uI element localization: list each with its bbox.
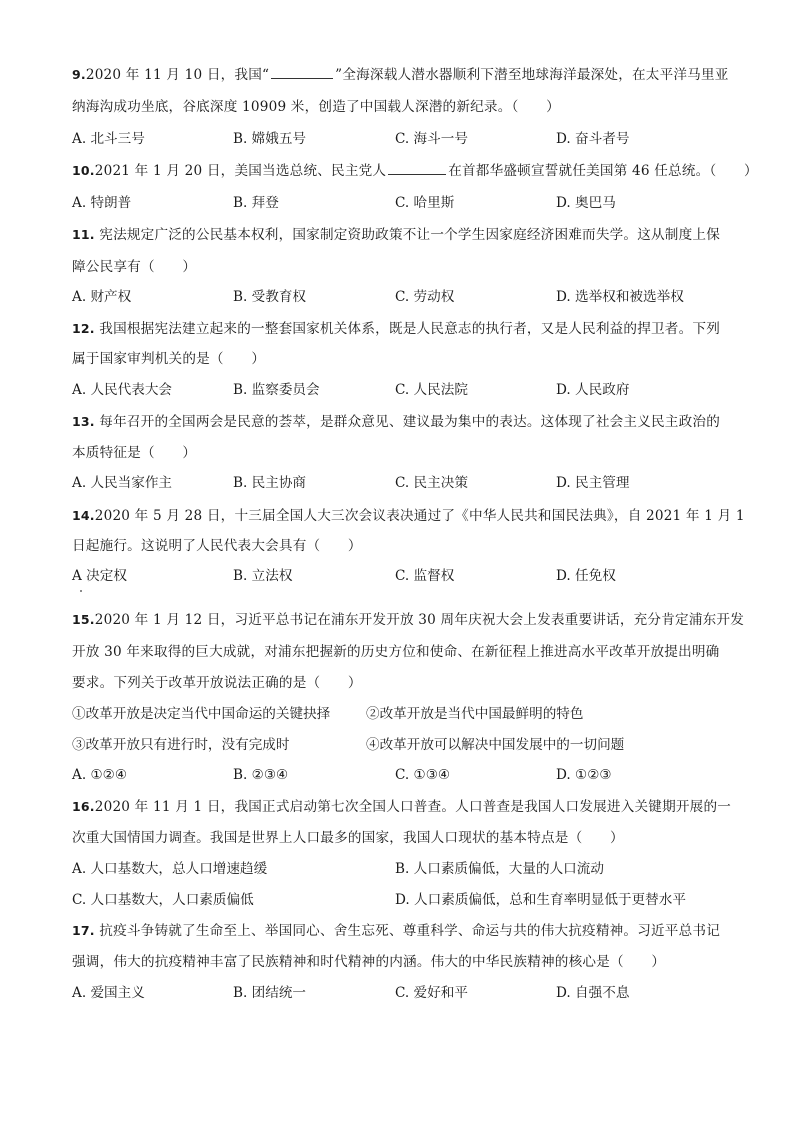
option-d: D. 任免权 — [556, 567, 616, 585]
question-text: 2020 年 1 月 12 日，习近平总书记在浦东开发开放 30 周年庆祝大会上… — [95, 612, 744, 628]
question-text: 2021 年 1 月 20 日，美国当选总统、民主党人 — [95, 163, 386, 179]
option-b: B. 受教育权 — [233, 288, 306, 306]
option-c: C. 海斗一号 — [395, 130, 468, 148]
option-c: C. 哈里斯 — [395, 194, 454, 212]
question-number: 16. — [72, 799, 95, 814]
question-number: 13. — [72, 414, 95, 429]
question-text: 2020 年 11 月 10 日，我国“ — [86, 67, 269, 83]
question-text: ”全海深载人潜水器顺利下潜至地球海洋最深处，在太平洋马里亚 — [335, 67, 728, 83]
statement-4: ④改革开放可以解决中国发展中的一切问题 — [366, 736, 624, 754]
question-15-line-1: 15.2020 年 1 月 12 日，习近平总书记在浦东开发开放 30 周年庆祝… — [72, 611, 744, 629]
option-a: A. 人口基数大，总人口增速趋缓 — [72, 860, 267, 878]
question-17-line-1: 17. 抗疫斗争铸就了生命至上、举国同心、舍生忘死、尊重科学、命运与共的伟大抗疫… — [72, 922, 720, 940]
option-a: A. 爱国主义 — [72, 984, 145, 1002]
option-a: A. 特朗普 — [72, 194, 131, 212]
option-b: B. 立法权 — [233, 567, 292, 585]
option-c: C. 人民法院 — [395, 381, 468, 399]
question-number: 17. — [72, 923, 95, 938]
option-b: B. ②③④ — [233, 766, 288, 784]
question-text: 抗疫斗争铸就了生命至上、举国同心、舍生忘死、尊重科学、命运与共的伟大抗疫精神。习… — [95, 923, 720, 939]
question-12-line-2: 属于国家审判机关的是（ ） — [72, 350, 265, 368]
option-b: B. 团结统一 — [233, 984, 306, 1002]
question-text: 我国根据宪法建立起来的一整套国家机关体系，既是人民意志的执行者，又是人民利益的捍… — [95, 321, 720, 337]
question-10-line-1: 10.2021 年 1 月 20 日，美国当选总统、民主党人在首都华盛顿宣誓就任… — [72, 162, 758, 180]
question-number: 11. — [72, 227, 95, 242]
statement-2: ②改革开放是当代中国最鲜明的特色 — [366, 705, 584, 723]
question-number: 9. — [72, 67, 86, 82]
option-b: B. 民主协商 — [233, 474, 306, 492]
question-16-line-2: 次重大国情国力调查。我国是世界上人口最多的国家，我国人口现状的基本特点是（ ） — [72, 829, 624, 847]
question-number: 10. — [72, 163, 95, 178]
option-d: D. 奋斗者号 — [556, 130, 629, 148]
option-d: D. 人口素质偏低，总和生育率明显低于更替水平 — [395, 891, 686, 909]
stray-mark — [80, 590, 82, 592]
question-14-line-2: 日起施行。这说明了人民代表大会具有（ ） — [72, 537, 362, 555]
option-b: B. 监察委员会 — [233, 381, 320, 399]
option-d: D. 民主管理 — [556, 474, 629, 492]
option-b: B. 嫦娥五号 — [233, 130, 306, 148]
question-number: 15. — [72, 612, 95, 627]
answer-blank — [271, 66, 333, 79]
option-b: B. 人口素质偏低，大量的人口流动 — [395, 860, 604, 878]
option-d: D. ①②③ — [556, 766, 612, 784]
option-c: C. 民主决策 — [395, 474, 468, 492]
option-c: C. 人口基数大，人口素质偏低 — [72, 891, 254, 909]
question-9-line-1: 9.2020 年 11 月 10 日，我国“”全海深载人潜水器顺利下潜至地球海洋… — [72, 66, 729, 84]
question-number: 14. — [72, 508, 95, 523]
question-text: 每年召开的全国两会是民意的荟萃，是群众意见、建议最为集中的表达。这体现了社会主义… — [95, 414, 720, 430]
option-a: A 决定权 — [72, 567, 127, 585]
option-c: C. 监督权 — [395, 567, 454, 585]
question-12-line-1: 12. 我国根据宪法建立起来的一整套国家机关体系，既是人民意志的执行者，又是人民… — [72, 320, 720, 338]
option-d: D. 选举权和被选举权 — [556, 288, 684, 306]
question-number: 12. — [72, 321, 95, 336]
option-d: D. 自强不息 — [556, 984, 629, 1002]
option-b: B. 拜登 — [233, 194, 279, 212]
option-c: C. 爱好和平 — [395, 984, 468, 1002]
question-9-line-2: 纳海沟成功坐底，谷底深度 10909 米，创造了中国载人深潜的新纪录。（ ） — [72, 98, 560, 116]
question-13-line-2: 本质特征是（ ） — [72, 444, 196, 462]
question-text: 2020 年 11 月 1 日，我国正式启动第七次全国人口普查。人口普查是我国人… — [95, 799, 731, 815]
question-text: 在首都华盛顿宣誓就任美国第 46 任总统。（ ） — [448, 163, 758, 179]
option-a: A. ①②④ — [72, 766, 127, 784]
option-a: A. 财产权 — [72, 288, 131, 306]
question-text: 2020 年 5 月 28 日，十三届全国人大三次会议表决通过了《中华人民共和国… — [95, 508, 745, 524]
option-d: D. 人民政府 — [556, 381, 629, 399]
question-14-line-1: 14.2020 年 5 月 28 日，十三届全国人大三次会议表决通过了《中华人民… — [72, 507, 745, 525]
question-16-line-1: 16.2020 年 11 月 1 日，我国正式启动第七次全国人口普查。人口普查是… — [72, 798, 731, 816]
question-text: 宪法规定广泛的公民基本权利，国家制定资助政策不让一个学生因家庭经济困难而失学。这… — [95, 227, 720, 243]
option-d: D. 奥巴马 — [556, 194, 616, 212]
option-a: A. 人民代表大会 — [72, 381, 172, 399]
question-15-line-3: 要求。下列关于改革开放说法正确的是（ ） — [72, 674, 362, 692]
question-13-line-1: 13. 每年召开的全国两会是民意的荟萃，是群众意见、建议最为集中的表达。这体现了… — [72, 413, 720, 431]
option-c: C. ①③④ — [395, 766, 450, 784]
question-11-line-2: 障公民享有（ ） — [72, 258, 196, 276]
option-a: A. 人民当家作主 — [72, 474, 172, 492]
option-c: C. 劳动权 — [395, 288, 454, 306]
question-17-line-2: 强调，伟大的抗疫精神丰富了民族精神和时代精神的内涵。伟大的中华民族精神的核心是（… — [72, 953, 665, 971]
statement-3: ③改革开放只有进行时，没有完成时 — [72, 736, 290, 754]
question-11-line-1: 11. 宪法规定广泛的公民基本权利，国家制定资助政策不让一个学生因家庭经济困难而… — [72, 226, 720, 244]
option-a: A. 北斗三号 — [72, 130, 145, 148]
answer-blank — [388, 162, 446, 175]
statement-1: ①改革开放是决定当代中国命运的关键抉择 — [72, 705, 330, 723]
question-15-line-2: 开放 30 年来取得的巨大成就，对浦东把握新的历史方位和使命、在新征程上推进高水… — [72, 643, 719, 661]
